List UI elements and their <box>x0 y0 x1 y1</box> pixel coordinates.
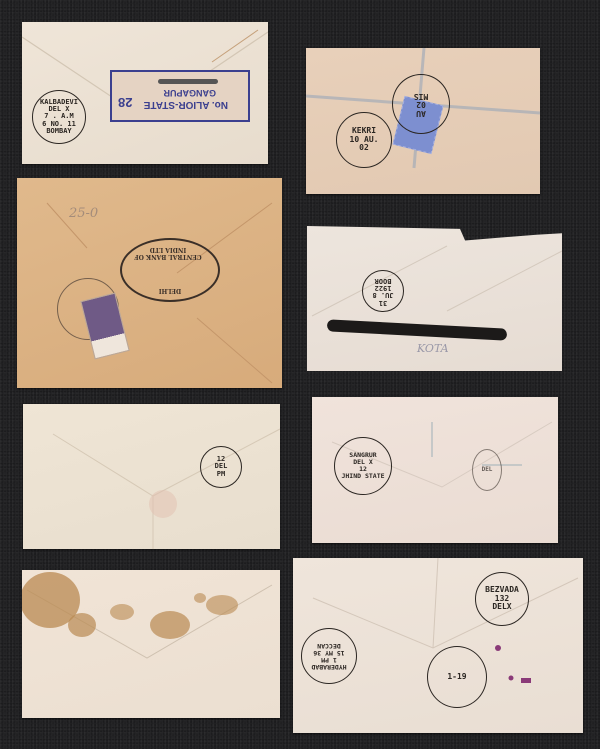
registration-label: No. ALIOR-STATE GANGAPUR 28 <box>110 70 250 122</box>
album-page: No. ALIOR-STATE GANGAPUR 28 KALBADEVI DE… <box>0 0 600 749</box>
postmark-urdu: 1-19 <box>427 646 487 708</box>
postmark-hyderabad: HYDERABAD 1 PM 15 MY 36 DECCAN <box>301 628 357 684</box>
bank-cachet: CENTRAL BANK OF INDIA LTD DELHI <box>120 238 220 302</box>
handwritten-note: 25-0 <box>69 206 98 221</box>
postage-stamp <box>80 293 129 360</box>
postmark-kalbadevi: KALBADEVI DEL X 7 . A.M 6 NO. 11 BOMBAY <box>32 90 86 144</box>
envelope-8: BEZVADA 132 DELX HYDERABAD 1 PM 15 MY 36… <box>293 558 583 733</box>
envelope-6: SANGRUR DEL X 12 JHIND STATE DEL <box>312 397 558 543</box>
postmark-registration: AU 02 MIS <box>392 74 450 134</box>
label-serial: 28 <box>118 95 132 110</box>
envelope-7 <box>22 570 280 718</box>
postmark-jul: 31 JU. 8 1922 BOOR <box>362 270 404 312</box>
label-state: GANGAPUR <box>163 88 216 98</box>
envelope-3: 25-0 CENTRAL BANK OF INDIA LTD DELHI <box>17 178 282 388</box>
postmark-faint: DEL <box>472 449 502 491</box>
envelope-4: 31 JU. 8 1922 BOOR KOTA <box>307 226 562 371</box>
handwritten-note: KOTA <box>417 342 449 355</box>
envelope-1: No. ALIOR-STATE GANGAPUR 28 KALBADEVI DE… <box>22 22 268 164</box>
postmark-del: 12 DEL PM <box>200 446 242 488</box>
postmark-sangrur: SANGRUR DEL X 12 JHIND STATE <box>334 437 392 495</box>
signature-mark <box>158 79 218 84</box>
envelope-5: 12 DEL PM <box>23 404 280 549</box>
envelope-2: KEKRI 10 AU. 02 AU 02 MIS <box>306 48 540 194</box>
ink-cancellation-scribble <box>327 319 507 340</box>
postmark-kekri: KEKRI 10 AU. 02 <box>336 112 392 168</box>
label-number: No. ALIOR-STATE <box>144 99 228 110</box>
postmark-bezvada: BEZVADA 132 DELX <box>475 572 529 626</box>
